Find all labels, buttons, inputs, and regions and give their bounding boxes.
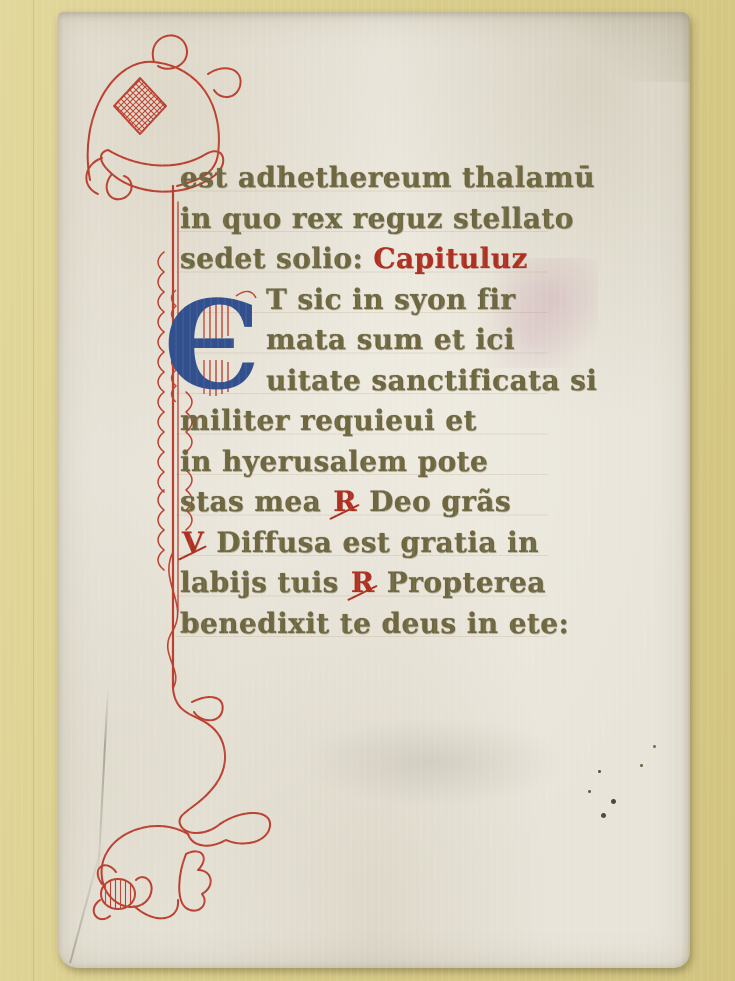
text-segment: est adhethereum thalamū <box>180 161 595 194</box>
text-segment: labijs tuis <box>180 566 349 599</box>
manuscript-photo: Є est adhethereum thalamū in quo rex reg… <box>0 0 735 981</box>
rubric-segment: Capituluz <box>373 242 527 275</box>
scratch-mark <box>97 688 108 878</box>
text-segment: T sic in syon fir <box>266 283 516 316</box>
gray-smudge <box>298 717 568 807</box>
text-column: Є est adhethereum thalamū in quo rex reg… <box>180 158 610 644</box>
text-line: in hyerusalem pote <box>180 442 610 483</box>
mount-crease <box>33 0 34 981</box>
ink-specks <box>598 770 601 773</box>
text-line: stas mea R Deo grãs <box>180 482 610 523</box>
responsum-mark: R <box>331 482 359 523</box>
text-line: uitate sanctificata si <box>180 361 610 402</box>
text-segment: militer requieui et <box>180 404 477 437</box>
text-segment: benedixit te deus in ete: <box>180 607 569 640</box>
text-segment: in quo rex reguz stellato <box>180 202 574 235</box>
text-segment: stas mea <box>180 485 331 518</box>
responsum-mark: R <box>349 563 377 604</box>
text-segment: mata sum et ici <box>266 323 515 356</box>
manuscript-page: Є est adhethereum thalamū in quo rex reg… <box>58 12 690 968</box>
corner-shading <box>530 12 690 82</box>
text-line: est adhethereum thalamū <box>180 158 610 199</box>
text-line: T sic in syon fir <box>180 280 610 321</box>
text-line: militer requieui et <box>180 401 610 442</box>
text-segment: Deo grãs <box>359 485 511 518</box>
text-line: labijs tuis R Propterea <box>180 563 610 604</box>
text-segment: Propterea <box>377 566 546 599</box>
scratch-mark <box>69 852 100 963</box>
text-segment: uitate sanctificata si <box>266 364 597 397</box>
text-segment: Diffusa est gratia in <box>206 526 539 559</box>
versiculum-mark: V <box>180 523 206 564</box>
text-line: mata sum et ici <box>180 320 610 361</box>
text-line: benedixit te deus in ete: <box>180 604 610 645</box>
text-line: sedet solio: Capituluz <box>180 239 610 280</box>
text-line: V Diffusa est gratia in <box>180 523 610 564</box>
text-segment: in hyerusalem pote <box>180 445 488 478</box>
text-line: in quo rex reguz stellato <box>180 199 610 240</box>
text-segment: sedet solio: <box>180 242 373 275</box>
